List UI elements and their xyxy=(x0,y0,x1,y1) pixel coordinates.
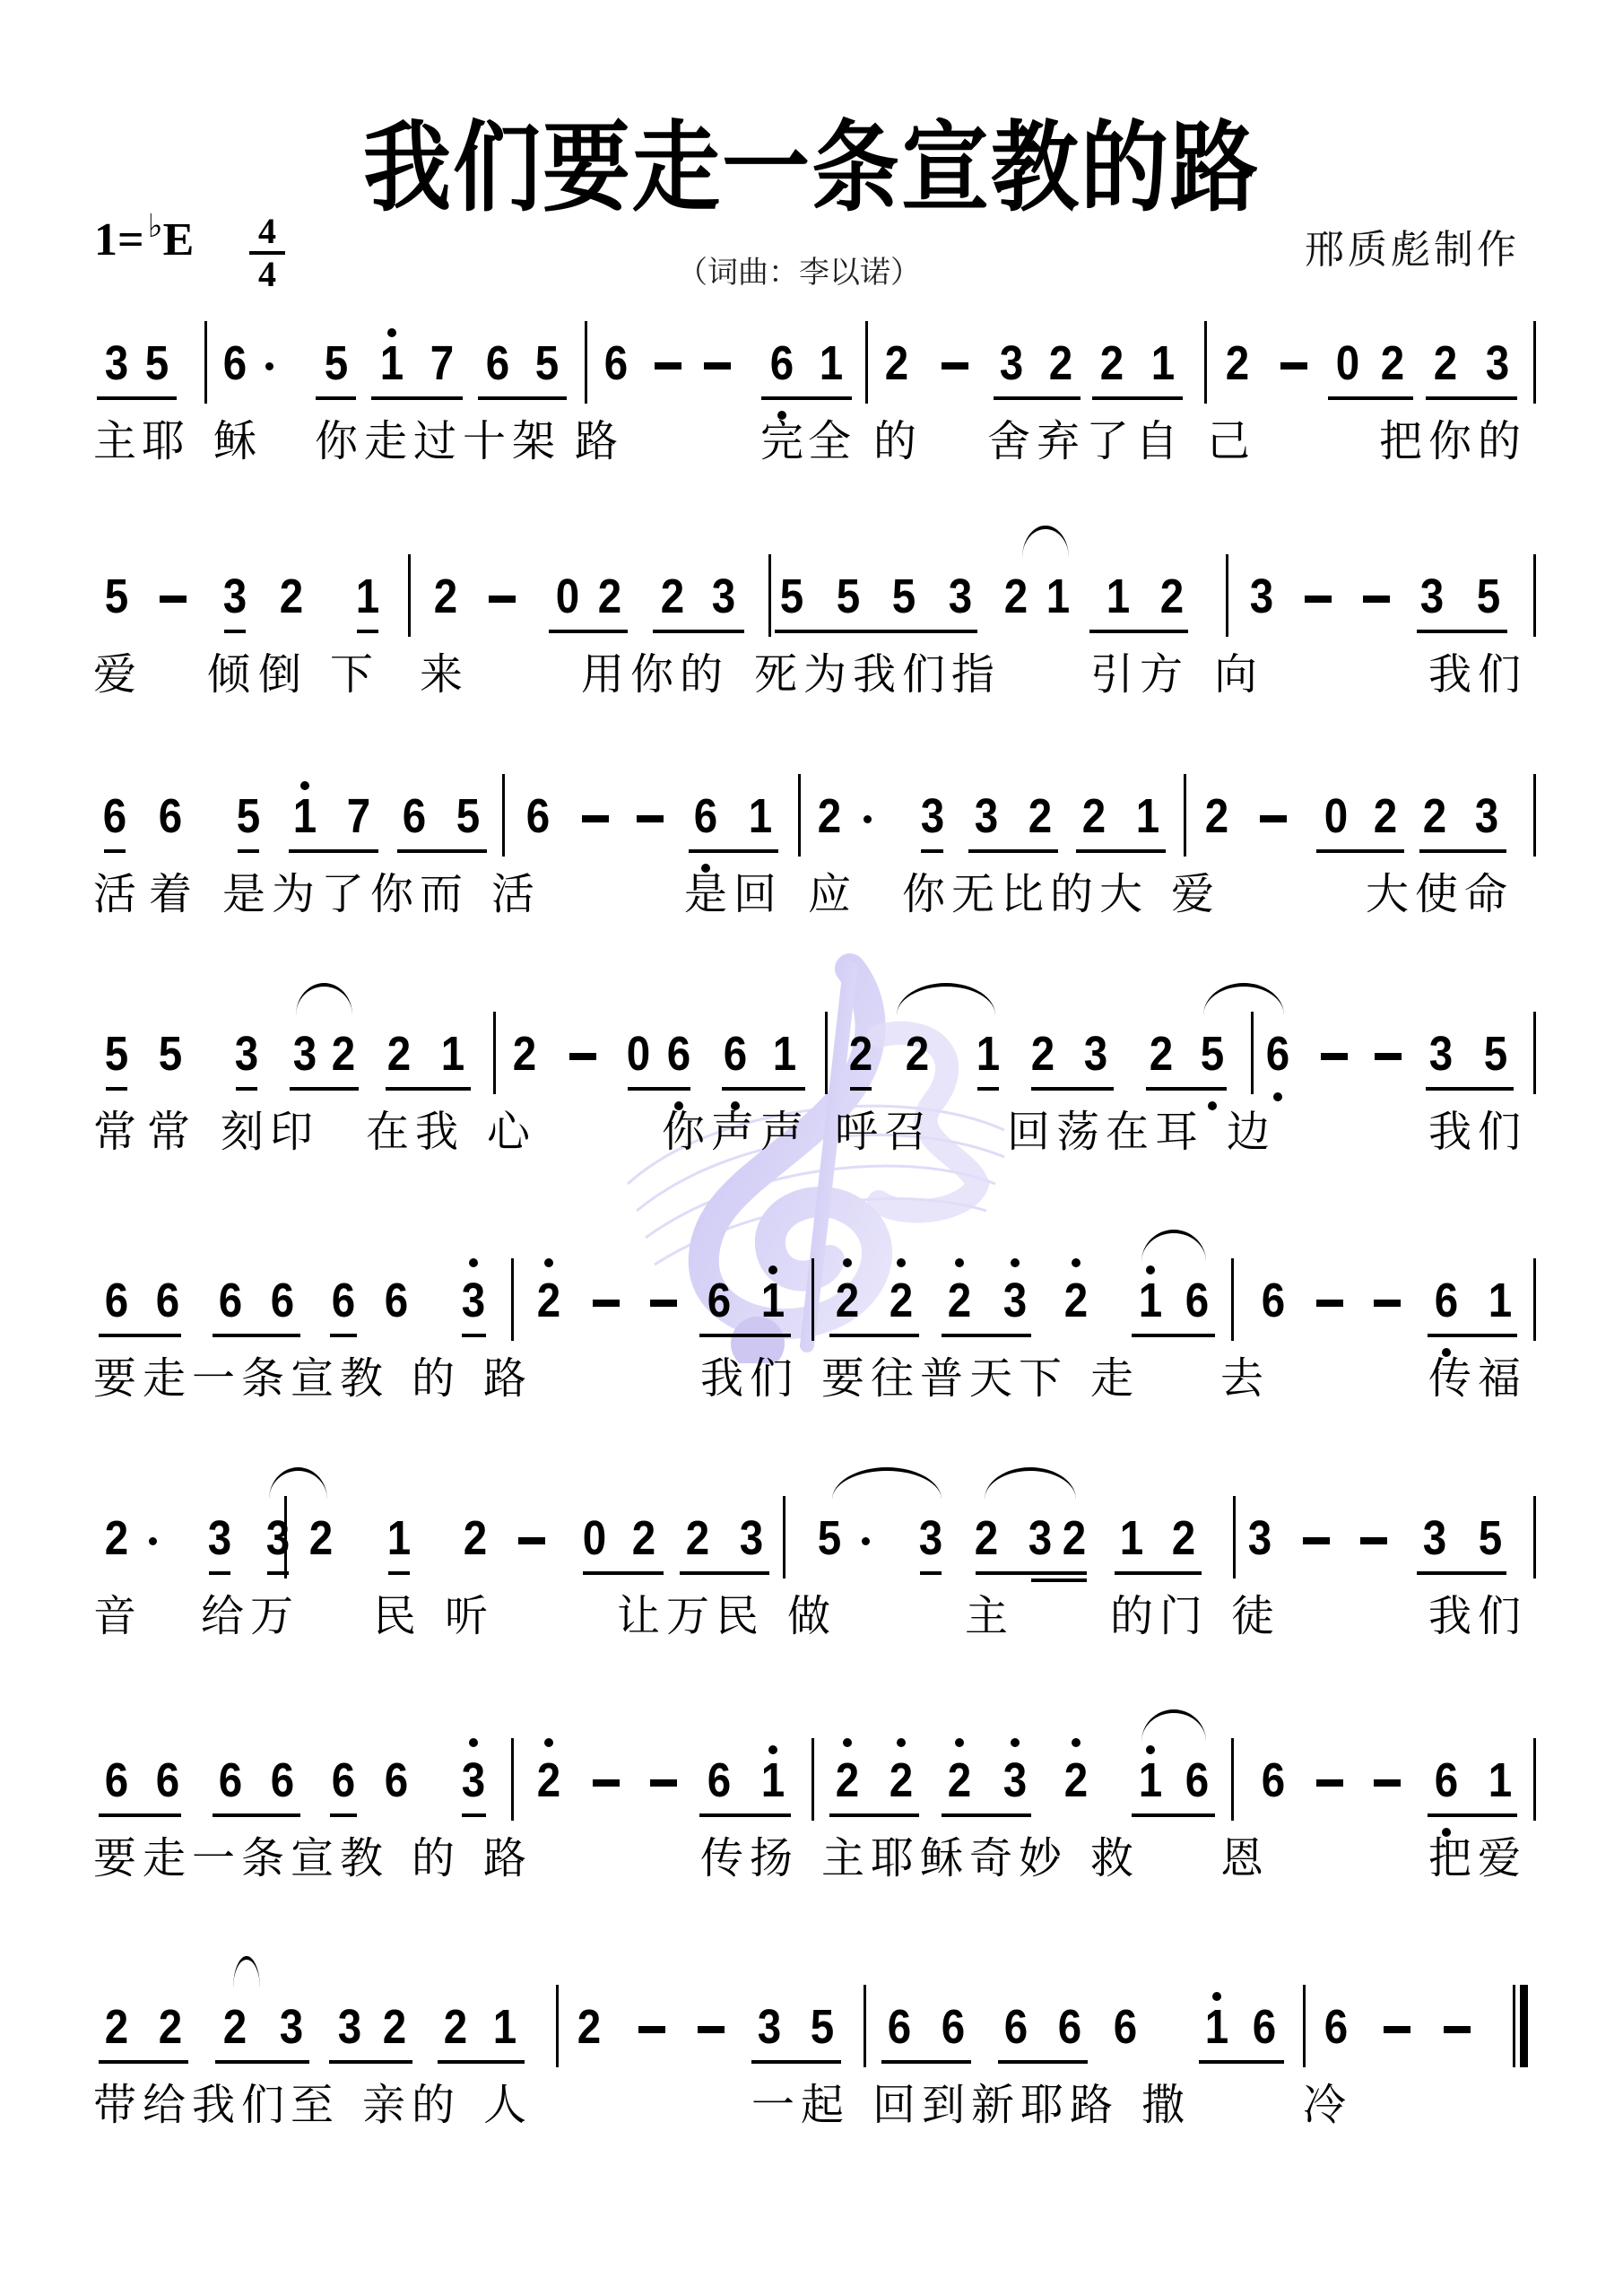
lyric-syllable: 声 xyxy=(707,1105,758,1159)
lyric-syllable: 至 xyxy=(287,2078,337,2132)
barline xyxy=(1533,1258,1536,1341)
note: 7 xyxy=(425,332,460,395)
beam-underline xyxy=(1132,1334,1215,1337)
note: 2 xyxy=(326,1022,361,1085)
note: 6 xyxy=(326,1269,361,1332)
note: 3 xyxy=(1415,565,1450,628)
beam-underline xyxy=(977,1087,999,1091)
barline xyxy=(1533,1012,1536,1094)
note: 3 xyxy=(288,1022,323,1085)
note: 2 xyxy=(830,1269,865,1332)
sustain-dash xyxy=(569,1053,596,1060)
beam-underline xyxy=(829,1334,919,1337)
beam-underline xyxy=(478,396,567,400)
note: 1 xyxy=(375,332,410,395)
beam-underline xyxy=(209,1571,230,1575)
note: 6 xyxy=(213,1749,248,1812)
note: 1 xyxy=(756,1749,791,1812)
lyric-syllable: 我 xyxy=(849,648,899,701)
lyric-syllable: 亲 xyxy=(359,2078,409,2132)
score-system: 665176566123322120223活着是为了你而活是回应你无比的大爱大使… xyxy=(0,785,1623,964)
lyric-syllable: 的 xyxy=(408,1352,458,1405)
note: 0 xyxy=(621,1022,656,1085)
lyric-syllable: 到 xyxy=(918,2078,968,2132)
sustain-dash xyxy=(1375,1053,1402,1060)
lyric-syllable: 传 xyxy=(1425,1352,1475,1405)
lyric-syllable: 给 xyxy=(197,1589,247,1643)
key-note: E xyxy=(163,214,195,265)
lyric-syllable: 自 xyxy=(1132,414,1182,468)
lyric-syllable: 路 xyxy=(480,1352,530,1405)
time-signature-top: 4 xyxy=(249,213,285,249)
note: 2 xyxy=(999,565,1034,628)
note: 1 xyxy=(351,565,386,628)
note: 2 xyxy=(1044,332,1079,395)
lyric-syllable: 妙 xyxy=(1015,1831,1065,1885)
note: 5 xyxy=(319,332,354,395)
beam-underline xyxy=(1115,1571,1202,1575)
score-system: 5533221206612212325635常常刻印在我心你声声呼召回荡在耳边我… xyxy=(0,1022,1623,1202)
arranger-credit: 邢质彪制作 xyxy=(1305,217,1520,274)
note: 7 xyxy=(342,785,377,848)
note: 2 xyxy=(508,1022,542,1085)
barline xyxy=(1184,774,1186,857)
beam-underline xyxy=(829,1813,919,1817)
lyric-syllable: 荡 xyxy=(1053,1105,1103,1159)
sustain-dash xyxy=(160,596,187,603)
lyric-syllable: 主 xyxy=(961,1589,1011,1643)
note: 6 xyxy=(100,1749,135,1812)
beam-underline xyxy=(215,2060,309,2064)
barline xyxy=(1533,1496,1536,1578)
barline xyxy=(1533,554,1536,637)
beam-underline xyxy=(1031,1087,1114,1091)
note: 6 xyxy=(379,1749,414,1812)
note: 6 xyxy=(265,1269,300,1332)
lyric-syllable: 音 xyxy=(90,1589,140,1643)
beam-underline xyxy=(1132,1813,1215,1817)
note: 6 xyxy=(151,1269,186,1332)
lyric-syllable: 冷 xyxy=(1299,2078,1350,2132)
lyric-syllable: 救 xyxy=(1087,1831,1137,1885)
barline xyxy=(811,1258,814,1341)
lyric-syllable: 做 xyxy=(784,1589,834,1643)
lyric-syllable: 耶 xyxy=(1017,2078,1067,2132)
note: 5 xyxy=(812,1507,847,1570)
octave-dot-above xyxy=(544,1258,553,1267)
beam-underline xyxy=(1417,630,1507,633)
note: 1 xyxy=(436,1022,471,1085)
note: 6 xyxy=(213,1269,248,1332)
beam-underline xyxy=(388,1571,410,1575)
score-system: 356517656612322120223主耶稣你走过十架路完全的舍弃了自己把你… xyxy=(0,332,1623,511)
octave-dot-above xyxy=(1212,1992,1221,2001)
lyric-syllable: 我 xyxy=(188,2078,239,2132)
note: 6 xyxy=(151,1749,186,1812)
note: 3 xyxy=(998,1749,1033,1812)
beam-underline xyxy=(976,1571,1087,1575)
note: 2 xyxy=(1418,785,1453,848)
lyric-syllable: 门 xyxy=(1156,1589,1206,1643)
lyric-syllable: 万 xyxy=(247,1589,297,1643)
sustain-dash xyxy=(638,2026,665,2033)
song-title: 我们要走一条宣教的路 xyxy=(0,90,1623,231)
note: 6 xyxy=(1256,1269,1291,1332)
beam-underline xyxy=(289,849,378,853)
lyric-syllable: 在 xyxy=(1102,1105,1152,1159)
octave-dot-above xyxy=(469,1258,478,1267)
lyric-syllable: 过 xyxy=(410,414,460,468)
lyric-syllable: 回 xyxy=(1003,1105,1054,1159)
augmentation-dot xyxy=(864,815,872,823)
sustain-dash xyxy=(1316,1300,1343,1307)
octave-dot-above xyxy=(897,1258,906,1267)
lyric-syllable: 活 xyxy=(90,867,140,921)
note: 3 xyxy=(1243,1507,1278,1570)
note: 2 xyxy=(1220,332,1255,395)
sustain-dash xyxy=(650,1779,677,1787)
barline xyxy=(1533,321,1536,404)
note: 6 xyxy=(936,1996,971,2058)
beam-underline xyxy=(628,1087,690,1091)
beam-underline xyxy=(386,1087,471,1091)
beam-underline xyxy=(1328,396,1413,400)
sustain-dash xyxy=(1316,1779,1343,1787)
beam-underline xyxy=(942,1813,1031,1817)
lyric-syllable: 你 xyxy=(898,867,949,921)
beam-underline xyxy=(213,1334,300,1337)
note: 3 xyxy=(914,1507,949,1570)
lyric-syllable: 徒 xyxy=(1228,1589,1278,1643)
note: 2 xyxy=(1368,785,1403,848)
beam-underline xyxy=(1089,630,1188,633)
lyric-syllable: 民 xyxy=(369,1589,420,1643)
note: 2 xyxy=(880,332,915,395)
note: 3 xyxy=(456,1749,491,1812)
lyric-syllable: 你 xyxy=(367,867,417,921)
note: 2 xyxy=(429,565,464,628)
note: 6 xyxy=(765,332,800,395)
note: 2 xyxy=(274,565,309,628)
octave-dot-above xyxy=(544,1738,553,1747)
note: 1 xyxy=(288,785,323,848)
beam-underline xyxy=(761,396,852,400)
lyric-syllable: 普 xyxy=(916,1352,967,1405)
barline xyxy=(511,1258,514,1341)
lyric-syllable: 回 xyxy=(869,2078,919,2132)
key-signature: 1=♭E xyxy=(94,213,194,266)
note: 3 xyxy=(203,1507,238,1570)
lyric-syllable: 的 xyxy=(408,1831,458,1885)
lyric-syllable: 的 xyxy=(1046,867,1097,921)
lyric-syllable: 新 xyxy=(968,2078,1018,2132)
note: 3 xyxy=(1079,1022,1114,1085)
lyric-syllable: 稣 xyxy=(210,414,260,468)
sustain-dash xyxy=(1374,1779,1401,1787)
beam-underline xyxy=(329,2060,412,2064)
lyric-syllable: 要 xyxy=(818,1352,868,1405)
lyric-syllable: 大 xyxy=(1362,867,1412,921)
octave-dot-below xyxy=(1208,1101,1217,1110)
octave-dot-above xyxy=(955,1258,964,1267)
lyric-syllable: 倒 xyxy=(255,648,305,701)
octave-dot-above xyxy=(1072,1738,1081,1747)
note: 2 xyxy=(1167,1507,1202,1570)
octave-dot-above xyxy=(1072,1258,1081,1267)
lyric-syllable: 天 xyxy=(966,1352,1016,1405)
lyric-syllable: 弃 xyxy=(1033,414,1083,468)
beam-underline xyxy=(316,396,356,400)
beam-underline xyxy=(330,1334,357,1337)
lyric-syllable: 主 xyxy=(818,1831,868,1885)
note: 2 xyxy=(1059,1269,1094,1332)
note: 2 xyxy=(572,1996,607,2058)
lyric-syllable: 恩 xyxy=(1217,1831,1267,1885)
lyric-syllable: 奇 xyxy=(966,1831,1016,1885)
note: 6 xyxy=(100,1269,135,1332)
sustain-dash xyxy=(704,362,731,370)
note: 3 xyxy=(1418,1507,1453,1570)
note: 0 xyxy=(1331,332,1366,395)
note: 6 xyxy=(265,1749,300,1812)
note: 5 xyxy=(100,1022,135,1085)
note: 1 xyxy=(1133,1749,1168,1812)
lyric-syllable: 印 xyxy=(266,1105,317,1159)
lyric-syllable: 路 xyxy=(480,1831,530,1885)
note: 3 xyxy=(456,1269,491,1332)
note: 2 xyxy=(1095,332,1130,395)
note: 3 xyxy=(274,1996,309,2058)
note: 2 xyxy=(655,565,690,628)
lyric-syllable: 给 xyxy=(139,2078,189,2132)
lyric-syllable: 走 xyxy=(139,1352,189,1405)
beam-underline xyxy=(1199,2060,1284,2064)
lyric-syllable: 一 xyxy=(748,2078,798,2132)
lyric-syllable: 路 xyxy=(1066,2078,1116,2132)
note: 6 xyxy=(1429,1269,1464,1332)
beam-underline xyxy=(1031,1578,1087,1582)
lyric-syllable: 的 xyxy=(1474,414,1524,468)
note: 6 xyxy=(1261,1022,1296,1085)
note: 2 xyxy=(532,1749,567,1812)
beam-underline xyxy=(438,2060,525,2064)
note: 6 xyxy=(599,332,634,395)
note: 6 xyxy=(521,785,556,848)
note: 1 xyxy=(768,1022,803,1085)
octave-dot-above xyxy=(469,1738,478,1747)
beam-underline xyxy=(236,1087,257,1091)
lyric-syllable: 下 xyxy=(1015,1352,1065,1405)
lyric-syllable: 边 xyxy=(1223,1105,1273,1159)
note: 5 xyxy=(1195,1022,1230,1085)
note: 5 xyxy=(775,565,810,628)
lyric-syllable: 大 xyxy=(1096,867,1146,921)
sustain-dash xyxy=(593,1779,620,1787)
note: 3 xyxy=(752,1996,787,2058)
beam-underline xyxy=(998,2060,1088,2064)
beam-underline xyxy=(290,1087,359,1091)
beam-underline xyxy=(104,849,126,853)
barline xyxy=(783,1496,785,1578)
note: 3 xyxy=(994,332,1029,395)
lyric-syllable: 教 xyxy=(336,1352,386,1405)
note: 5 xyxy=(153,1022,188,1085)
lyric-syllable: 的 xyxy=(870,414,920,468)
lyric-syllable: 爱 xyxy=(1167,867,1218,921)
note: 3 xyxy=(707,565,742,628)
lyric-syllable: 的 xyxy=(408,2078,458,2132)
note: 5 xyxy=(1473,1507,1508,1570)
note: 2 xyxy=(1144,1022,1179,1085)
lyric-syllable: 路 xyxy=(571,414,621,468)
note: 3 xyxy=(261,1507,296,1570)
lyric-syllable: 福 xyxy=(1474,1352,1524,1405)
barline xyxy=(1533,1738,1536,1821)
lyric-syllable: 一 xyxy=(188,1352,239,1405)
barline xyxy=(1233,1496,1236,1578)
octave-dot-above xyxy=(1146,1265,1155,1274)
sustain-dash xyxy=(698,2026,725,2033)
barline xyxy=(556,1985,559,2067)
lyric-syllable: 听 xyxy=(441,1589,491,1643)
beam-underline xyxy=(99,2060,188,2064)
note: 3 xyxy=(218,565,253,628)
lyric-syllable: 的 xyxy=(676,648,726,701)
beam-underline xyxy=(920,1571,942,1575)
lyric-syllable: 把 xyxy=(1425,1831,1475,1885)
lyric-syllable: 稣 xyxy=(916,1831,967,1885)
note: 1 xyxy=(1115,1507,1150,1570)
note: 5 xyxy=(1471,565,1506,628)
lyric-syllable: 是 xyxy=(681,867,731,921)
note: 2 xyxy=(942,1749,977,1812)
barline xyxy=(1251,1012,1254,1094)
final-barline xyxy=(1513,1985,1529,2067)
beam-underline xyxy=(699,1334,791,1337)
barline xyxy=(204,321,207,404)
note: 1 xyxy=(756,1269,791,1332)
note: 6 xyxy=(481,332,516,395)
barline xyxy=(798,774,801,857)
sustain-dash xyxy=(489,596,516,603)
lyric-syllable: 常 xyxy=(90,1105,140,1159)
beam-underline xyxy=(1426,396,1517,400)
lyric-syllable: 撒 xyxy=(1138,2078,1188,2132)
beam-underline xyxy=(680,1571,769,1575)
lyric-syllable: 扬 xyxy=(746,1831,796,1885)
lyric-syllable: 往 xyxy=(867,1352,917,1405)
note: 1 xyxy=(1131,785,1166,848)
note: 0 xyxy=(577,1507,612,1570)
beam-underline xyxy=(1076,849,1166,853)
beam-underline xyxy=(921,849,943,853)
slur-tie xyxy=(832,1467,942,1500)
note: 2 xyxy=(153,1996,188,2058)
sustain-dash xyxy=(637,815,664,822)
lyric-syllable: 呼 xyxy=(831,1105,881,1159)
sustain-dash xyxy=(1384,2026,1410,2033)
lyric-syllable: 声 xyxy=(757,1105,807,1159)
lyric-syllable: 使 xyxy=(1411,867,1462,921)
note: 5 xyxy=(231,785,266,848)
lyric-syllable: 用 xyxy=(577,648,628,701)
lyric-syllable: 着 xyxy=(145,867,195,921)
lyric-syllable: 们 xyxy=(1474,648,1524,701)
barline xyxy=(864,1985,866,2067)
score-system: 23321202235323212335音给万民听让万民做主的门徒我们 xyxy=(0,1507,1623,1686)
octave-dot-above xyxy=(300,781,309,790)
slur-tie xyxy=(269,1467,327,1500)
lyric-syllable: 应 xyxy=(804,867,855,921)
barline xyxy=(811,1738,814,1821)
barline xyxy=(493,1012,496,1094)
lyric-syllable: 条 xyxy=(238,1831,288,1885)
lyric-syllable: 而 xyxy=(416,867,466,921)
sustain-dash xyxy=(1305,596,1332,603)
note: 2 xyxy=(438,1996,473,2058)
sustain-dash xyxy=(1303,1537,1330,1544)
lyric-syllable: 死 xyxy=(751,648,801,701)
lyric-syllable: 你 xyxy=(1425,414,1475,468)
lyric-syllable: 宣 xyxy=(287,1831,337,1885)
note: 2 xyxy=(884,1269,919,1332)
note: 5 xyxy=(451,785,486,848)
lyric-syllable: 的 xyxy=(1107,1589,1157,1643)
slur-tie xyxy=(985,1467,1076,1500)
barline xyxy=(408,554,411,637)
beam-underline xyxy=(397,849,487,853)
octave-dot-above xyxy=(1011,1738,1020,1747)
note: 1 xyxy=(382,1507,417,1570)
lyric-syllable: 舍 xyxy=(984,414,1034,468)
lyric-syllable: 己 xyxy=(1203,414,1254,468)
note: 2 xyxy=(304,1507,339,1570)
note: 3 xyxy=(969,785,1004,848)
octave-dot-above xyxy=(768,1745,777,1754)
barline xyxy=(1204,321,1207,404)
octave-dot-above xyxy=(1011,1258,1020,1267)
lyric-syllable: 比 xyxy=(997,867,1047,921)
slur-tie xyxy=(1141,1709,1206,1742)
score-system: 66666632612223216661要走一条宣教的路传扬主耶稣奇妙救恩把爱 xyxy=(0,1749,1623,1928)
final-barline-thin xyxy=(1513,1985,1515,2067)
note: 2 xyxy=(218,1996,253,2058)
note: 2 xyxy=(593,565,628,628)
lyric-syllable: 爱 xyxy=(1474,1831,1524,1885)
note: 0 xyxy=(1319,785,1354,848)
beam-underline xyxy=(462,1334,486,1337)
lyric-syllable: 在 xyxy=(362,1105,412,1159)
note: 6 xyxy=(397,785,432,848)
beam-underline xyxy=(1419,849,1506,853)
lyric-syllable: 走 xyxy=(1087,1352,1137,1405)
beam-underline xyxy=(371,396,463,400)
augmentation-dot xyxy=(149,1537,157,1545)
note: 1 xyxy=(1483,1269,1518,1332)
lyric-syllable: 们 xyxy=(746,1352,796,1405)
lyric-syllable: 回 xyxy=(730,867,780,921)
note: 6 xyxy=(1180,1749,1215,1812)
note: 6 xyxy=(153,785,188,848)
note: 2 xyxy=(830,1749,865,1812)
beam-underline xyxy=(1092,396,1183,400)
lyric-syllable: 为 xyxy=(800,648,850,701)
note: 3 xyxy=(734,1507,769,1570)
slur-tie xyxy=(296,983,352,1015)
note: 2 xyxy=(1376,332,1410,395)
lyric-syllable: 起 xyxy=(797,2078,847,2132)
octave-dot-above xyxy=(387,328,396,337)
